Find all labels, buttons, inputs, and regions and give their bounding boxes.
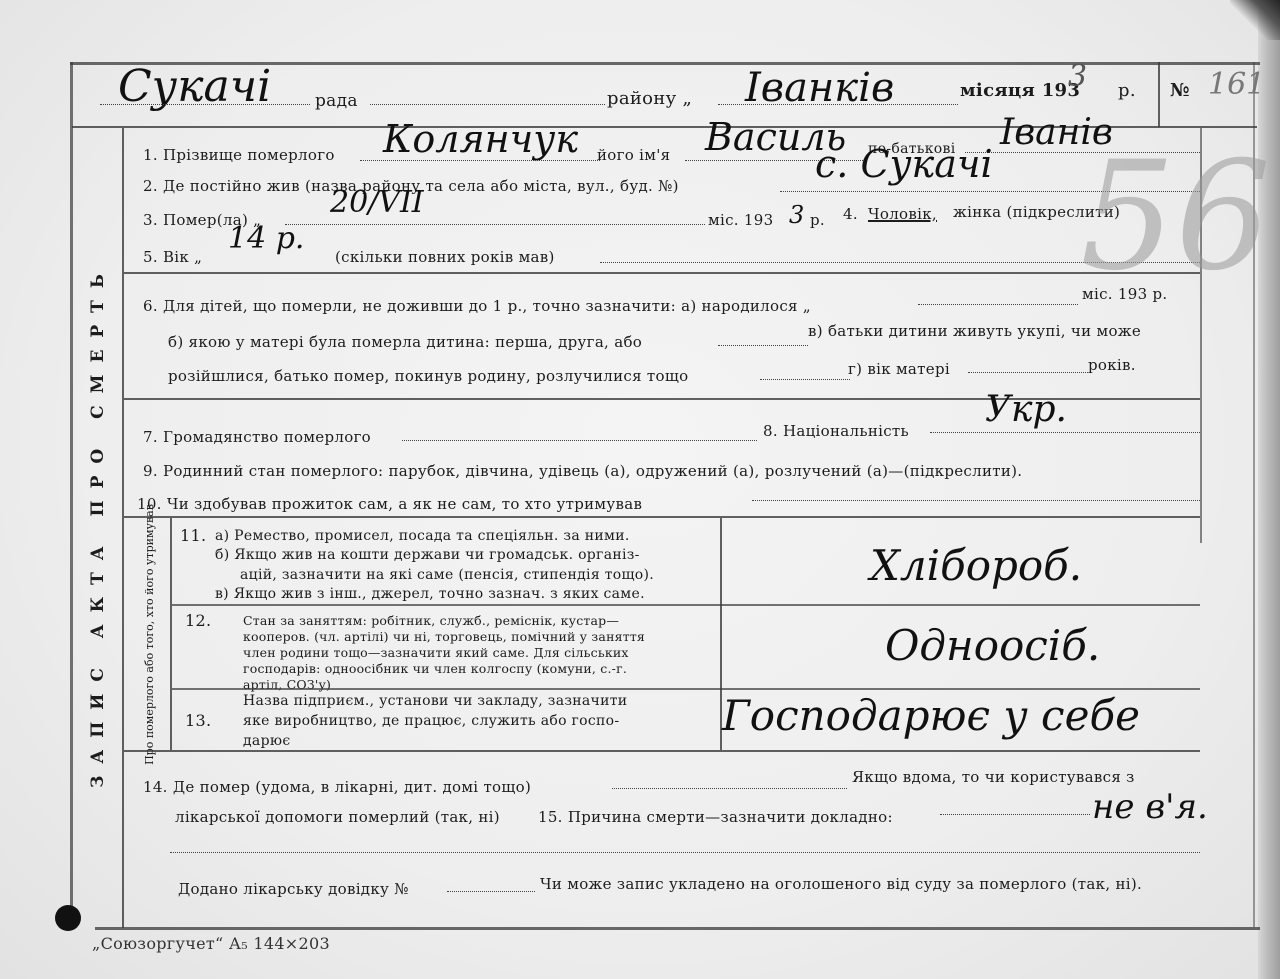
f11-b1: б) Якщо жив на кошти держави чи громадсь… (215, 546, 640, 564)
f11-a: а) Ремество, промисел, посада та спеціял… (215, 527, 630, 545)
f11-b2: ацій, зазначити на які саме (пенсія, сти… (240, 566, 654, 584)
f14-rest: Якщо вдома, то чи користувався з (852, 768, 1135, 786)
f7-dots (402, 440, 757, 441)
rada-label: рада (315, 92, 358, 110)
f15-dots-line2 (170, 852, 1200, 853)
f15-label: 15. Причина смерти—зазначити докладно: (538, 808, 893, 826)
side-label: Про померлого або того, хто його утримув… (125, 518, 173, 750)
f4-male-selected: Чоловік, (868, 205, 937, 223)
f10-label: 10. Чи здобував прожиток сам, а як не са… (137, 495, 642, 513)
ink-blot (55, 905, 81, 931)
title-column-divider (122, 128, 124, 928)
f1-name-label: його ім'я (597, 146, 670, 164)
f13-l3: дарює (243, 732, 290, 750)
divider-11-12 (172, 604, 1200, 606)
f4-number: 4. (843, 205, 858, 223)
f2-residence-value: с. Сукачі (815, 145, 993, 183)
year-digit: 3 (1068, 62, 1087, 92)
f13-l1: Назва підприєм., установи чи закладу, за… (243, 692, 627, 710)
f6-parents-dots (760, 379, 850, 380)
f3-dots (285, 224, 705, 225)
f6-mother-age-label: г) вік матері (848, 360, 950, 378)
f7-label: 7. Громадянство померлого (143, 428, 371, 446)
f6-mother-age-dots (968, 372, 1088, 373)
f14-dots (612, 788, 847, 789)
f15-dots (940, 814, 1090, 815)
f6-born-dots (918, 304, 1078, 305)
f12-status-value: Одноосіб. (885, 625, 1100, 667)
f6-order-dots (718, 345, 808, 346)
f8-nationality-value: Укр. (985, 392, 1067, 428)
frame-left (70, 62, 73, 927)
f3-year-digit: 3 (789, 203, 804, 227)
f5-hint: (скільки повних років мав) (335, 248, 555, 266)
f15-cause-value: не в'я. (1092, 790, 1208, 824)
f8-dots (930, 432, 1200, 433)
raion-dots-a (370, 104, 605, 105)
f1-surname-value: Колянчук (383, 120, 578, 158)
f5-label: 5. Вік „ (143, 248, 202, 266)
frame-bottom (95, 927, 1260, 930)
month-label: місяця 193 (960, 82, 1080, 100)
pencil-mark: 56 (1080, 130, 1271, 304)
f14-line2: лікарської допомоги померлий (так, ні) (175, 808, 500, 826)
divider-10-11 (124, 516, 1200, 518)
f9-label: 9. Родинний стан померлого: парубок, дів… (143, 462, 1022, 480)
divider-12-13 (172, 688, 1200, 690)
vertical-title: ЗАПИС АКТА ПРО СМЕРТЬ (78, 245, 118, 805)
f11-c: в) Якщо жив з інш., джерел, точно зазнач… (215, 585, 645, 603)
f11-occupation-value: Хлібороб. (870, 545, 1082, 587)
f6-line1: 6. Для дітей, що померли, не доживши до … (143, 297, 811, 315)
f1-label: 1. Прізвище померлого (143, 146, 335, 164)
raion-label: району „ (607, 90, 692, 108)
f10-dots (752, 500, 1200, 501)
f5-age-value: 14 р. (228, 224, 304, 254)
f6-line2-end: в) батьки дитини живуть укупі, чи може (808, 322, 1141, 340)
f12-number: 12. (185, 612, 211, 630)
rada-value: Сукачі (118, 65, 271, 109)
number-box-divider (1158, 62, 1160, 127)
divider-5-6 (124, 272, 1200, 274)
f13-l2: яке виробництво, де працює, служить або … (243, 712, 619, 730)
rada-dots (100, 104, 310, 105)
paper-corner-shadow (1230, 0, 1280, 40)
f13-number: 13. (185, 712, 211, 730)
f6-line2: б) якою у матері була померла дитина: пе… (168, 333, 642, 351)
f6-line3: розійшлися, батько помер, покинув родину… (168, 367, 688, 385)
f8-label: 8. Національність (763, 422, 909, 440)
f6-line3-end: років. (1088, 356, 1136, 374)
raion-value: Іванків (745, 68, 894, 108)
f16-label: Додано лікарську довідку № (178, 880, 409, 898)
f16-rest: Чи може запис укладено на оголошеного ві… (540, 875, 1142, 893)
f11-number: 11. (180, 527, 206, 545)
f16-dots (447, 891, 535, 892)
number-label: № (1170, 82, 1190, 100)
f13-workplace-value: Господарює у себе (722, 695, 1140, 737)
f1-surname-dots (360, 160, 600, 161)
f3-date-value: 20/VII (330, 188, 424, 218)
f3-month-label: міс. 193 (708, 211, 773, 229)
raion-dots (718, 104, 958, 105)
divider-13-14 (124, 750, 1200, 752)
f3-year-suffix: р. (810, 211, 825, 229)
record-number: 161 (1208, 70, 1265, 100)
f14-label: 14. Де помер (удома, в лікарні, дит. дом… (143, 778, 531, 796)
printer-mark: „Союзоргучет“ А₅ 144×203 (92, 935, 330, 953)
year-suffix: р. (1118, 82, 1136, 100)
